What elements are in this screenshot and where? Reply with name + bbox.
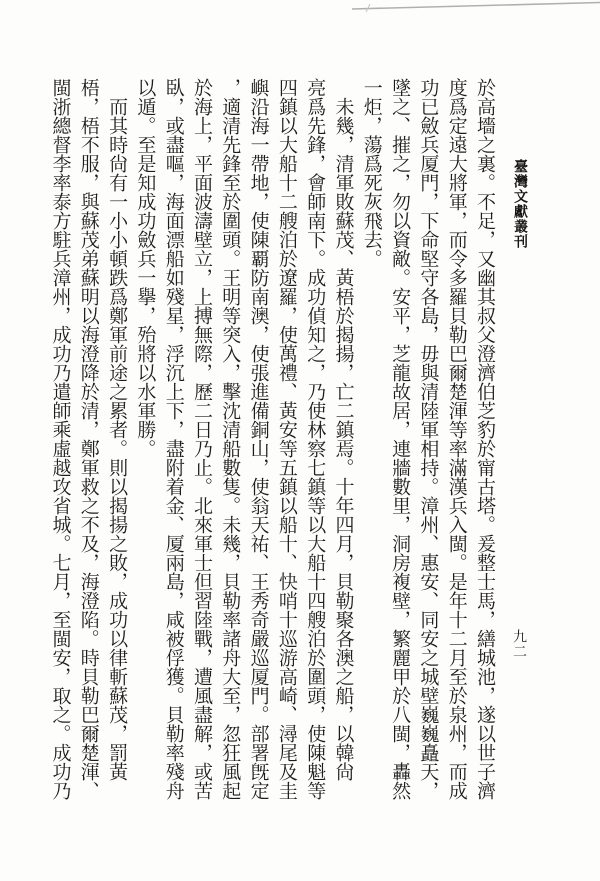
text-column: 臥，或盡嘔，海面漂船如殘星，浮沉上下，盡附着金、厦兩島，咸被俘獲。貝勒率殘舟 [161, 78, 185, 818]
text-column: 梧，梧不服，與蘇茂弟蘇明以海澄降於清，鄭軍救之不及，海澄陷。時貝勒巴爾楚渾、 [76, 78, 100, 818]
text-columns: 於高墻之裏。不足，又幽其叔父澄濟伯芝豹於甯古塔。爰整士馬，繕城池，遂以世子濟度爲… [0, 0, 600, 881]
text-column: 四鎮以大船十二艘泊於遼羅，使萬禮、黃安等五鎮以船十、快哨十巡游高崎、潯尾及圭 [274, 78, 298, 818]
text-column: 度爲定遠大將軍，而令多羅貝勒巴爾楚渾等率滿漢兵入閩。是年十二月至於泉州，而成 [444, 78, 468, 818]
text-column: 墜之、摧之，勿以資敵。安平，芝龍故居，連牆數里，洞房複壁，繁麗甲於八閩，轟然 [387, 78, 411, 818]
text-column: 以遁。至是知成功斂兵一擧，殆將以水軍勝。 [132, 78, 156, 818]
text-column: 功已斂兵厦門，下命堅守各島，毋與清陸軍相持。漳州、惠安、同安之城壁巍巍矗天， [415, 78, 439, 818]
text-column: 一炬，蕩爲死灰飛去。 [359, 78, 383, 818]
text-column: ，適清先鋒至於圍頭。王明等突入，擊沈清船數隻。未幾，貝勒率諸舟大至，忽狂風起 [217, 78, 241, 818]
scanned-book-page: 臺灣文獻叢刊 九二 於高墻之裏。不足，又幽其叔父澄濟伯芝豹於甯古塔。爰整士馬，繕… [0, 0, 600, 881]
text-column: 於海上，平面波濤壁立，上搏無際，歷二日乃止。北來軍士但習陸戰，遭風盡解，或苦 [189, 78, 213, 818]
text-column: 而其時尙有一小小頓跌爲鄭軍前途之累者。則以揭揚之敗，成功以律斬蘇茂，罰黃 [104, 78, 128, 818]
text-column: 未幾，清軍敗蘇茂、黃梧於揭揚，亡二鎮焉。十年四月，貝勒聚各澳之船，以韓尙 [331, 78, 355, 818]
text-column: 亮爲先鋒，會師南下。成功偵知之，乃使林察七鎮等以大船十四艘泊於圍頭，使陳魁等 [302, 78, 326, 818]
text-column: 嶼沿海一帶地，使陳覇防南澳，使張進備銅山，使翁天祐、王秀奇嚴巡厦門。部署旣定 [246, 78, 270, 818]
text-column: 閩浙總督李率泰方駐兵漳州，成功乃遣師乘虛越攻省城。七月，至閩安，取之。成功乃 [48, 78, 72, 818]
text-column: 於高墻之裏。不足，又幽其叔父澄濟伯芝豹於甯古塔。爰整士馬，繕城池，遂以世子濟 [472, 78, 496, 818]
